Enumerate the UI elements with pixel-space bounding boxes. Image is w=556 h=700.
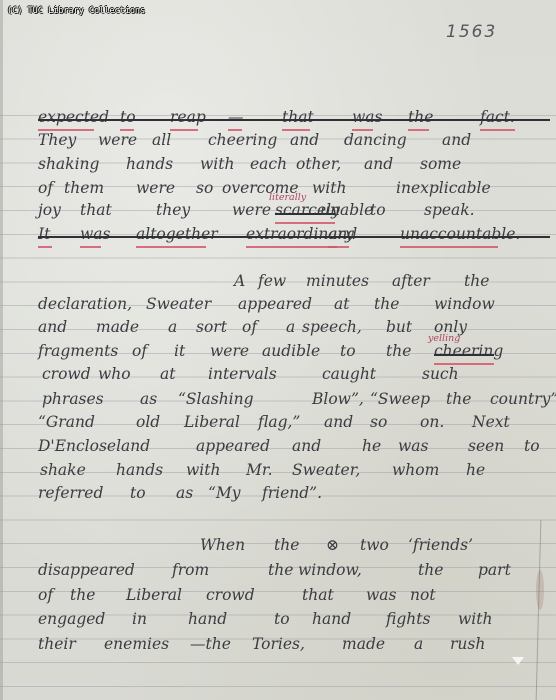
manuscript-word: ⊗	[326, 536, 339, 554]
manuscript-word: flag,”	[258, 413, 300, 431]
manuscript-line: “GrandoldLiberalflag,”andsoon.Next	[0, 413, 556, 437]
manuscript-word: and	[442, 131, 471, 149]
manuscript-word: of	[38, 586, 53, 604]
manuscript-line: fragmentsofitwereaudibletothecheeringyel…	[0, 342, 556, 366]
manuscript-word: the	[408, 108, 433, 126]
manuscript-word: Liberal	[184, 413, 240, 431]
manuscript-word: was	[366, 586, 396, 604]
strikethrough-mark	[38, 119, 550, 121]
manuscript-line: Whenthe⊗two‘friends’	[0, 536, 556, 560]
manuscript-word: disappeared	[38, 561, 135, 579]
manuscript-word: hand	[312, 610, 351, 628]
manuscript-word: to	[274, 610, 290, 628]
manuscript-word: a	[286, 318, 295, 336]
manuscript-word: friend”.	[262, 484, 322, 502]
manuscript-word: the	[418, 561, 443, 579]
manuscript-word: was	[80, 225, 110, 243]
manuscript-line: Afewminutesafterthe	[0, 272, 556, 296]
manuscript-word: “Slashing	[178, 390, 254, 408]
manuscript-word: appeared	[196, 437, 270, 455]
red-pencil-underline	[400, 246, 498, 248]
manuscript-word: and	[324, 413, 353, 431]
manuscript-word: the	[70, 586, 95, 604]
manuscript-line: Theywereallcheeringanddancingand	[0, 131, 556, 155]
strikethrough-mark	[434, 354, 494, 356]
manuscript-word: dancing	[344, 131, 407, 149]
manuscript-word: cheering	[208, 131, 277, 149]
manuscript-word: were	[232, 201, 271, 219]
manuscript-word: Mr.	[246, 461, 273, 479]
manuscript-line: disappearedfromthewindow,thepart	[0, 561, 556, 585]
manuscript-word: was	[352, 108, 382, 126]
manuscript-word: to	[340, 342, 356, 360]
manuscript-word: and	[38, 318, 67, 336]
manuscript-line: declaration,Sweaterappearedatthewindow	[0, 295, 556, 319]
red-pencil-underline	[246, 246, 337, 248]
manuscript-word: joy	[38, 201, 61, 219]
manuscript-word: unable	[320, 201, 373, 219]
manuscript-word: at	[160, 365, 175, 383]
manuscript-line: engagedinhandtohandfightswith	[0, 610, 556, 634]
manuscript-word: hands	[116, 461, 163, 479]
manuscript-line: theirenemies—theTories,madearush	[0, 635, 556, 659]
manuscript-word: It	[38, 225, 50, 243]
manuscript-word: with	[312, 179, 346, 197]
manuscript-word: phrases	[42, 390, 104, 408]
manuscript-page: (C) TUC Library Collections 1563 expecte…	[0, 0, 556, 700]
manuscript-word: When	[200, 536, 245, 554]
copyright-watermark: (C) TUC Library Collections	[7, 6, 145, 16]
page-number: 1563	[446, 22, 497, 42]
manuscript-word: were	[98, 131, 137, 149]
manuscript-word: the	[446, 390, 471, 408]
manuscript-word: such	[422, 365, 459, 383]
manuscript-word: that	[282, 108, 314, 126]
manuscript-word: as	[140, 390, 157, 408]
manuscript-word: minutes	[306, 272, 369, 290]
manuscript-word: he	[466, 461, 485, 479]
manuscript-word: “Sweep	[370, 390, 430, 408]
manuscript-word: so	[370, 413, 387, 431]
manuscript-word: —	[228, 108, 244, 126]
manuscript-word: enemies	[104, 635, 169, 653]
manuscript-word: speech,	[302, 318, 362, 336]
red-pencil-underline	[328, 246, 349, 248]
manuscript-word: and	[328, 225, 357, 243]
manuscript-line: oftheLiberalcrowdthatwasnot	[0, 586, 556, 610]
manuscript-line: phrasesas“SlashingBlow”,“Sweepthecountry…	[0, 390, 556, 414]
manuscript-word: window	[434, 295, 495, 313]
manuscript-word: whom	[392, 461, 439, 479]
manuscript-word: made	[96, 318, 139, 336]
manuscript-word: in	[132, 610, 147, 628]
manuscript-word: “My	[208, 484, 241, 502]
manuscript-word: They	[38, 131, 76, 149]
manuscript-word: Blow”,	[312, 390, 364, 408]
red-pencil-underline	[275, 222, 335, 224]
manuscript-word: rush	[450, 635, 485, 653]
manuscript-word: D'Encloseland	[38, 437, 150, 455]
manuscript-word: hand	[188, 610, 227, 628]
red-pencil-underline	[136, 246, 206, 248]
manuscript-word: shake	[40, 461, 86, 479]
manuscript-word: seen	[468, 437, 504, 455]
manuscript-word: from	[172, 561, 209, 579]
manuscript-line: joythattheywerescarcelyliterallyunableto…	[0, 201, 556, 225]
manuscript-word: of	[38, 179, 53, 197]
manuscript-word: old	[136, 413, 160, 431]
manuscript-word: at	[334, 295, 349, 313]
red-pencil-underline	[38, 246, 52, 248]
manuscript-line: andmadeasortofaspeech,butonly	[0, 318, 556, 342]
manuscript-word: the	[386, 342, 411, 360]
manuscript-word: all	[152, 131, 171, 149]
manuscript-word: unaccountable.	[400, 225, 520, 243]
manuscript-word: sort	[196, 318, 227, 336]
inserted-correction: yelling	[428, 333, 460, 344]
manuscript-word: Liberal	[126, 586, 182, 604]
manuscript-word: few	[258, 272, 286, 290]
manuscript-word: to	[370, 201, 386, 219]
manuscript-word: Next	[472, 413, 510, 431]
manuscript-word: so	[196, 179, 213, 197]
manuscript-word: were	[136, 179, 175, 197]
manuscript-word: and	[290, 131, 319, 149]
manuscript-word: ‘friends’	[408, 536, 473, 554]
manuscript-word: of	[242, 318, 257, 336]
manuscript-word: altogether	[136, 225, 218, 243]
manuscript-word: the	[268, 561, 293, 579]
manuscript-word: but	[386, 318, 412, 336]
manuscript-word: audible	[262, 342, 320, 360]
manuscript-word: expected	[38, 108, 109, 126]
manuscript-word: that	[80, 201, 112, 219]
manuscript-word: them	[64, 179, 104, 197]
manuscript-word: a	[414, 635, 423, 653]
manuscript-word: the	[374, 295, 399, 313]
red-pencil-underline	[80, 246, 101, 248]
manuscript-word: crowd	[42, 365, 91, 383]
manuscript-word: their	[38, 635, 76, 653]
manuscript-word: the	[274, 536, 299, 554]
manuscript-word: some	[420, 155, 461, 173]
manuscript-word: Sweater,	[292, 461, 360, 479]
manuscript-word: was	[398, 437, 428, 455]
manuscript-word: cheering	[434, 342, 503, 360]
manuscript-word: on.	[420, 413, 444, 431]
manuscript-line: shakehandswithMr.Sweater,whomhe	[0, 461, 556, 485]
manuscript-word: with	[458, 610, 492, 628]
strikethrough-mark	[38, 236, 550, 238]
manuscript-word: each	[250, 155, 287, 173]
manuscript-word: Tories,	[252, 635, 305, 653]
manuscript-word: inexplicable	[396, 179, 491, 197]
manuscript-word: after	[392, 272, 430, 290]
manuscript-line: D'Encloselandappearedandhewasseento	[0, 437, 556, 461]
manuscript-line: Itwasaltogetherextraordinaryandunaccount…	[0, 225, 556, 249]
manuscript-word: window,	[298, 561, 362, 579]
manuscript-word: Sweater	[146, 295, 211, 313]
manuscript-word: —the	[190, 635, 231, 653]
manuscript-word: shaking	[38, 155, 99, 173]
manuscript-word: hands	[126, 155, 173, 173]
manuscript-word: they	[156, 201, 190, 219]
manuscript-word: to	[524, 437, 540, 455]
manuscript-word: “Grand	[38, 413, 95, 431]
manuscript-word: country”,	[490, 390, 556, 408]
manuscript-word: declaration,	[38, 295, 132, 313]
manuscript-word: with	[200, 155, 234, 173]
manuscript-word: and	[292, 437, 321, 455]
inserted-correction: literally	[269, 192, 306, 203]
manuscript-line: shakinghandswitheachother,andsome	[0, 155, 556, 179]
manuscript-word: referred	[38, 484, 103, 502]
manuscript-word: it	[174, 342, 185, 360]
manuscript-line: referredtoas“Myfriend”.	[0, 484, 556, 508]
manuscript-word: a	[168, 318, 177, 336]
manuscript-word: part	[478, 561, 511, 579]
manuscript-word: that	[302, 586, 334, 604]
manuscript-word: to	[120, 108, 136, 126]
manuscript-word: with	[186, 461, 220, 479]
manuscript-word: he	[362, 437, 381, 455]
manuscript-word: who	[98, 365, 131, 383]
manuscript-word: A	[234, 272, 245, 290]
manuscript-word: fact.	[480, 108, 515, 126]
manuscript-word: fragments	[38, 342, 118, 360]
manuscript-line: expectedtoreap—thatwasthefact.	[0, 108, 556, 132]
manuscript-word: speak.	[424, 201, 475, 219]
manuscript-word: were	[210, 342, 249, 360]
manuscript-word: crowd	[206, 586, 255, 604]
manuscript-word: of	[132, 342, 147, 360]
manuscript-word: fights	[386, 610, 430, 628]
manuscript-word: made	[342, 635, 385, 653]
manuscript-word: other,	[296, 155, 341, 173]
manuscript-word: the	[464, 272, 489, 290]
manuscript-word: intervals	[208, 365, 277, 383]
manuscript-word: appeared	[238, 295, 312, 313]
manuscript-word: to	[130, 484, 146, 502]
manuscript-word: as	[176, 484, 193, 502]
manuscript-word: caught	[322, 365, 376, 383]
scroll-indicator-icon[interactable]	[512, 657, 524, 665]
manuscript-word: engaged	[38, 610, 105, 628]
manuscript-word: and	[364, 155, 393, 173]
manuscript-word: two	[360, 536, 389, 554]
manuscript-word: reap	[170, 108, 206, 126]
manuscript-word: not	[410, 586, 436, 604]
manuscript-line: crowdwhoatintervalscaughtsuch	[0, 365, 556, 389]
